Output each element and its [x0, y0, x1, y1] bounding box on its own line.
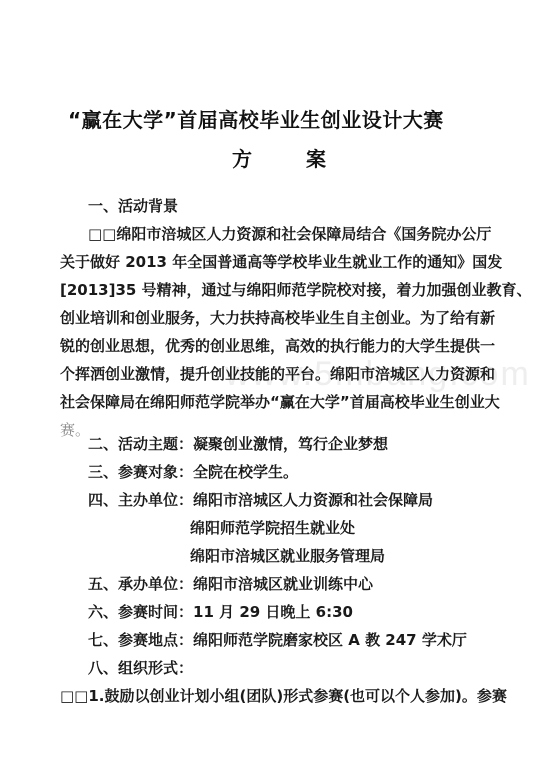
- organizer-2: 绵阳师范学院招生就业处: [190, 518, 355, 538]
- paragraph-line-7: 社会保障局在绵阳师范学院举办“赢在大学”首届高校毕业生创业大: [60, 392, 500, 412]
- section-5-label: 五、承办单位：: [88, 575, 193, 593]
- organizer-1: 绵阳市涪城区人力资源和社会保障局: [193, 491, 433, 509]
- organizer-3: 绵阳市涪城区就业服务管理局: [190, 546, 385, 566]
- section-6-value: 11 月 29 日晚上 6:30: [193, 603, 353, 621]
- paragraph-line-1: □□绵阳市涪城区人力资源和社会保障局结合《国务院办公厅: [88, 224, 491, 244]
- subtitle-char-1: 方: [232, 143, 252, 172]
- paragraph-line-3: [2013]35 号精神，通过与绵阳师范学院校对接，着力加强创业教育、: [60, 280, 532, 300]
- document-title: “赢在大学”首届高校毕业生创业设计大赛: [68, 104, 444, 133]
- section-4-label: 四、主办单位：: [88, 491, 193, 509]
- section-1-heading: 一、活动背景: [88, 196, 178, 216]
- document-subtitle: 方 案: [232, 143, 326, 172]
- section-7-label: 七、参赛地点：: [88, 631, 193, 649]
- section-4: 四、主办单位：绵阳市涪城区人力资源和社会保障局: [88, 490, 433, 510]
- paragraph-line-6: 个挥洒创业激情，提升创业技能的平台。绵阳市涪城区人力资源和: [60, 364, 495, 384]
- section-7-value: 绵阳师范学院磨家校区 A 教 247 学术厅: [193, 631, 467, 649]
- section-2: 二、活动主题：凝聚创业激情，笃行企业梦想: [88, 434, 388, 454]
- section-7: 七、参赛地点：绵阳师范学院磨家校区 A 教 247 学术厅: [88, 630, 467, 650]
- document-page: www.5mbang.com “赢在大学”首届高校毕业生创业设计大赛 方 案 一…: [0, 0, 540, 762]
- paragraph-line-2: 关于做好 2013 年全国普通高等学校毕业生就业工作的通知》国发: [60, 252, 502, 272]
- subtitle-char-2: 案: [306, 143, 326, 172]
- paragraph-line-4: 创业培训和创业服务，大力扶持高校毕业生自主创业。为了给有新: [60, 308, 495, 328]
- section-5: 五、承办单位：绵阳市涪城区就业训练中心: [88, 574, 373, 594]
- section-5-value: 绵阳市涪城区就业训练中心: [193, 575, 373, 593]
- section-6-label: 六、参赛时间：: [88, 603, 193, 621]
- section-3: 三、参赛对象：全院在校学生。: [88, 462, 298, 482]
- section-8-heading: 八、组织形式：: [88, 658, 193, 678]
- section-8-item-1: □□1.鼓励以创业计划小组(团队)形式参赛(也可以个人参加)。参赛: [60, 686, 507, 706]
- section-6: 六、参赛时间：11 月 29 日晚上 6:30: [88, 602, 353, 622]
- paragraph-line-5: 锐的创业思想，优秀的创业思维，高效的执行能力的大学生提供一: [60, 336, 495, 356]
- paragraph-line-8: 赛。: [60, 420, 90, 440]
